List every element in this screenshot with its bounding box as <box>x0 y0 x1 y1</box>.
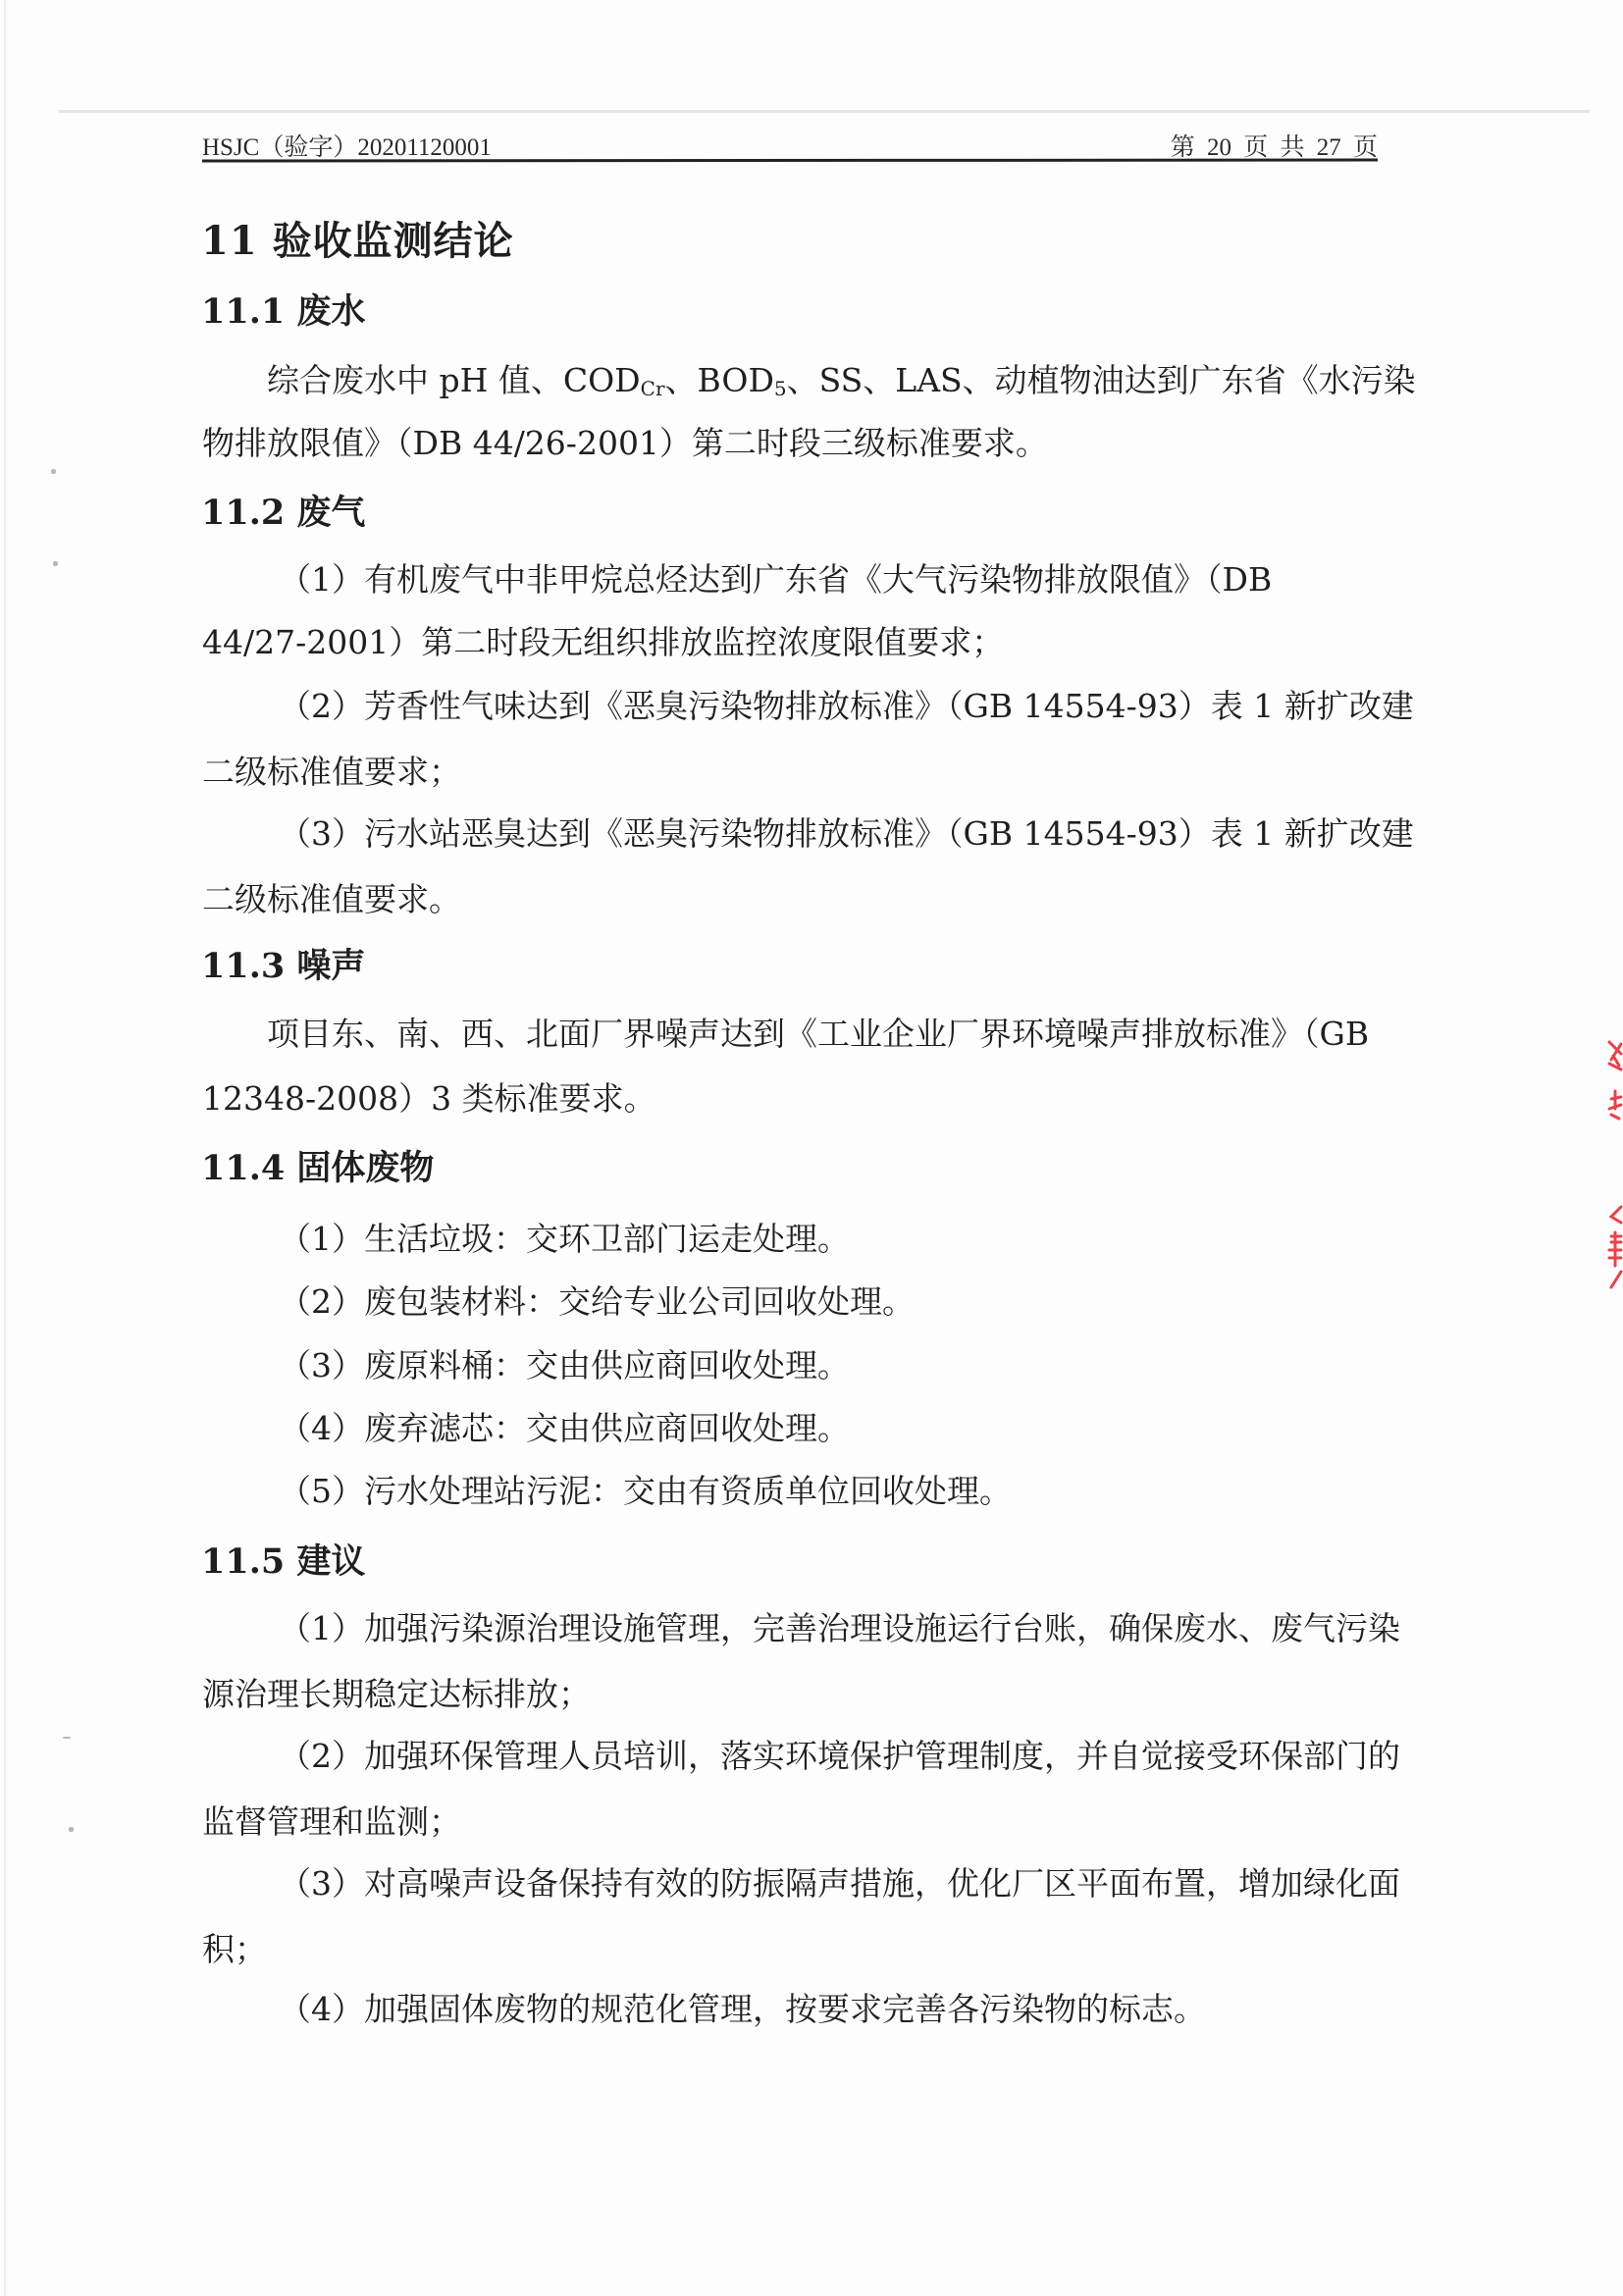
page-header: HSJC（验字）20201120001 第 20 页 共 27 页 <box>202 128 1378 157</box>
paragraph-line: （3）污水站恶臭达到《恶臭污染物排放标准》（GB 14554-93）表 1 新扩… <box>279 814 1414 854</box>
subscript: Cr <box>641 377 665 400</box>
text-segment: 、BOD <box>665 361 774 399</box>
list-item: （4）废弃滤芯：交由供应商回收处理。 <box>279 1409 850 1448</box>
section-heading-wastewater: 11.1 废水 <box>201 292 365 332</box>
paragraph-line: （1）有机废气中非甲烷总烃达到广东省《大气污染物排放限值》（DB <box>279 560 1272 600</box>
scan-artifact-line <box>59 110 1590 113</box>
paragraph-line: （2）加强环保管理人员培训，落实环境保护管理制度，并自觉接受环保部门的 <box>279 1737 1400 1776</box>
paragraph-line: 积； <box>202 1930 267 1969</box>
paragraph-line: 二级标准值要求； <box>202 753 461 792</box>
scan-speck <box>69 1827 74 1832</box>
paragraph-line: （4）加强固体废物的规范化管理，按要求完善各污染物的标志。 <box>279 1990 1206 2029</box>
paragraph-line: 综合废水中 pH 值、CODCr、BOD5、SS、LAS、动植物油达到广东省《水… <box>267 361 1416 408</box>
paragraph-line: （2）芳香性气味达到《恶臭污染物排放标准》（GB 14554-93）表 1 新扩… <box>279 687 1414 726</box>
list-item: （2）废包装材料：交给专业公司回收处理。 <box>279 1282 915 1322</box>
paragraph-line: 源治理长期稳定达标排放； <box>202 1675 591 1714</box>
scan-speck <box>51 469 56 474</box>
list-item: （5）污水处理站污泥：交由有资质单位回收处理。 <box>279 1472 1012 1511</box>
page-title: 11 验收监测结论 <box>201 210 514 266</box>
scan-speck <box>53 561 58 566</box>
red-seal-stamp-icon <box>1605 1040 1623 1305</box>
paragraph-line: 物排放限值》（DB 44/26-2001）第二时段三级标准要求。 <box>202 424 1048 463</box>
paragraph-line: （3）对高噪声设备保持有效的防振隔声措施，优化厂区平面布置，增加绿化面 <box>279 1864 1400 1904</box>
scan-left-edge <box>4 0 6 2296</box>
paragraph-line: （1）加强污染源治理设施管理，完善治理设施运行台账，确保废水、废气污染 <box>279 1609 1400 1648</box>
section-heading-solid-waste: 11.4 固体废物 <box>201 1149 434 1188</box>
list-item: （3）废原料桶：交由供应商回收处理。 <box>279 1346 850 1385</box>
paragraph-line: 44/27-2001）第二时段无组织排放监控浓度限值要求； <box>202 623 1004 662</box>
paragraph-line: 监督管理和监测； <box>202 1802 461 1842</box>
paragraph-line: 12348-2008）3 类标准要求。 <box>202 1079 656 1119</box>
section-heading-recommendations: 11.5 建议 <box>201 1542 365 1582</box>
paragraph-line: 二级标准值要求。 <box>202 880 461 919</box>
scan-speck <box>63 1737 71 1739</box>
text-segment: 、SS、LAS、动植物油达到广东省《水污染 <box>787 361 1416 399</box>
list-item: （1）生活垃圾：交环卫部门运走处理。 <box>279 1220 850 1259</box>
document-number: HSJC（验字）20201120001 <box>202 128 492 163</box>
text-segment: 综合废水中 pH 值、COD <box>267 361 641 399</box>
section-heading-exhaust-gas: 11.2 废气 <box>201 494 365 533</box>
section-heading-noise: 11.3 噪声 <box>201 947 365 986</box>
subscript: 5 <box>774 377 787 400</box>
paragraph-line: 项目东、南、西、北面厂界噪声达到《工业企业厂界环境噪声排放标准》（GB <box>267 1015 1369 1054</box>
